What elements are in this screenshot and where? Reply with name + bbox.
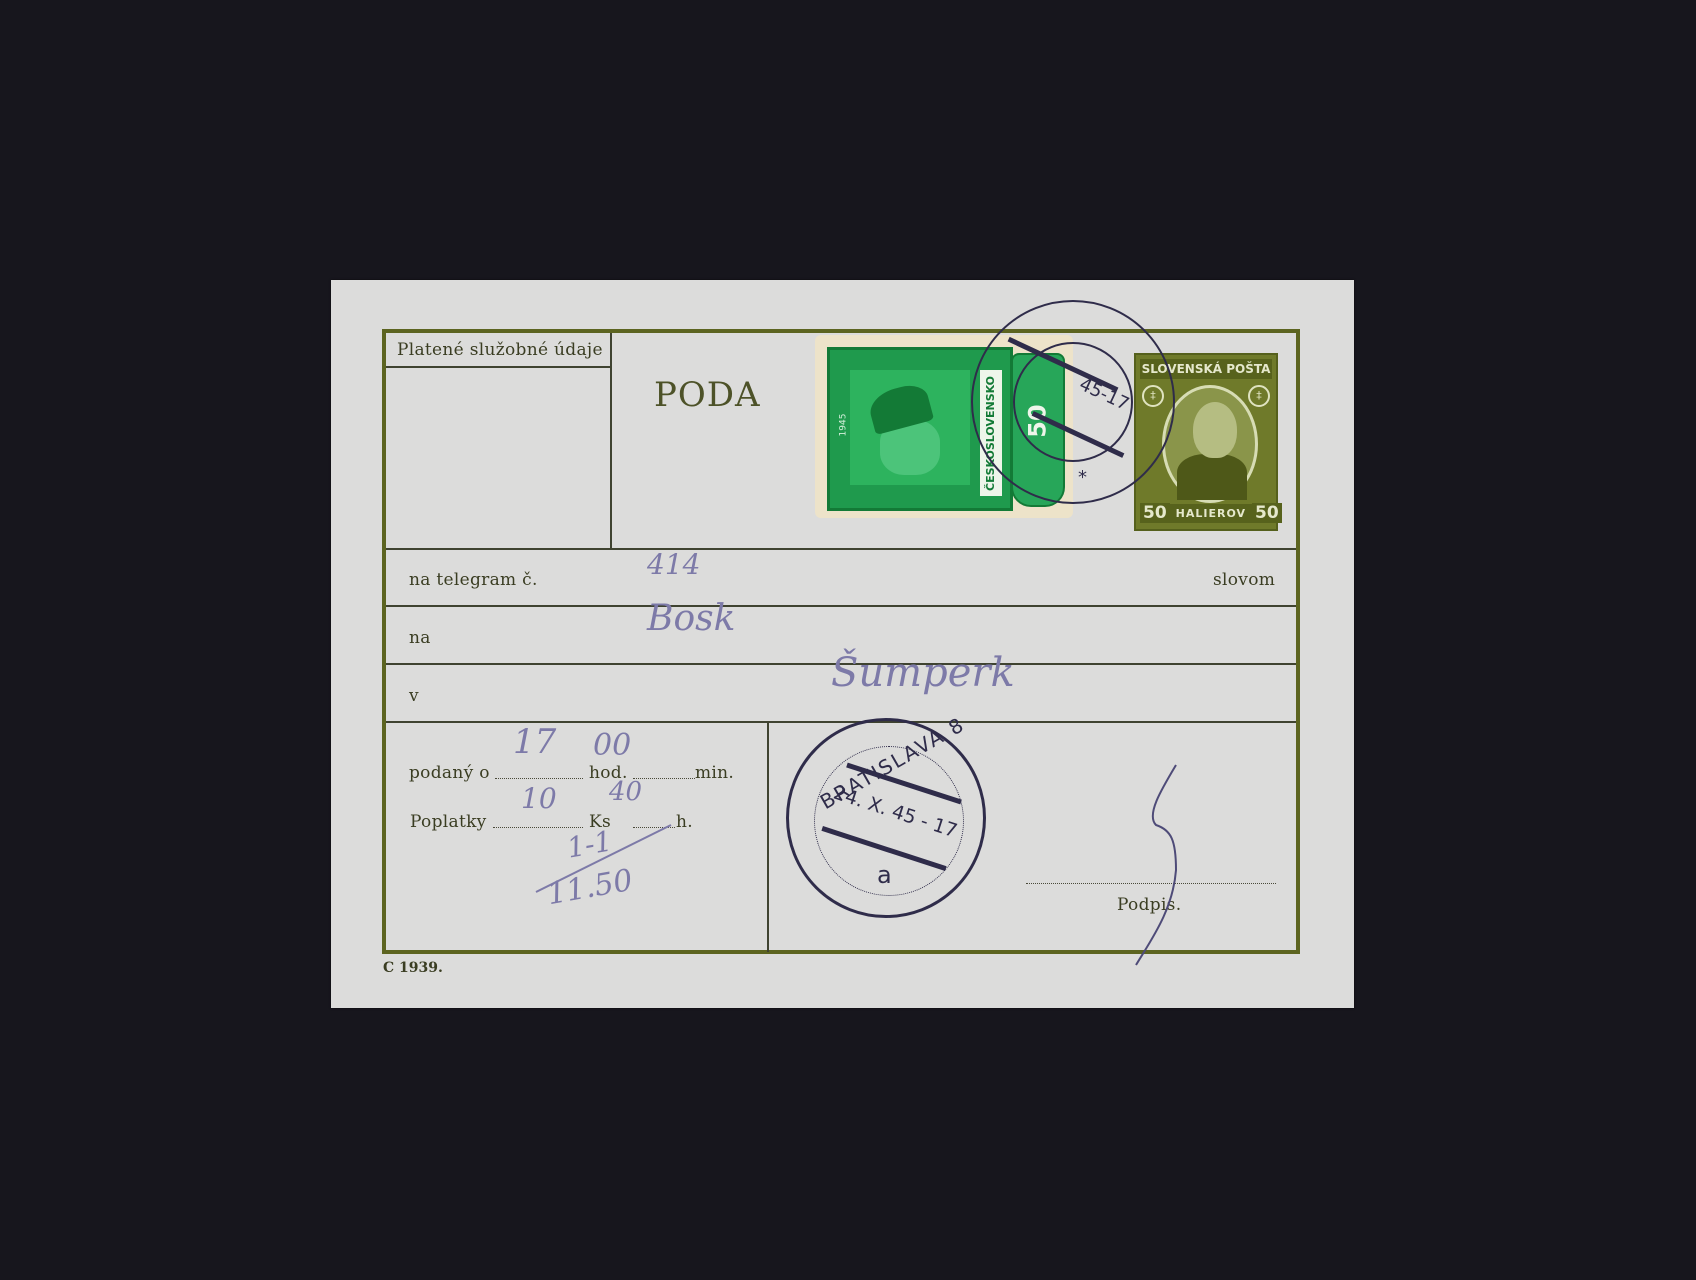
row-line [386, 548, 1296, 550]
indicium-value-band: 50 HALIEROV 50 [1140, 501, 1272, 525]
portrait-oval [1162, 385, 1258, 503]
portrait-body [1177, 454, 1247, 500]
stamp-year: 1945 [838, 414, 848, 437]
stamp-portrait [850, 370, 970, 485]
handwritten-hour: 17 [513, 722, 556, 762]
signature-scribble [1131, 760, 1211, 970]
bottom-divider [767, 721, 769, 952]
hour-field [495, 778, 583, 779]
handwritten-telegram-number: 414 [647, 548, 700, 581]
telegram-number-label: na telegram č. [409, 570, 538, 590]
double-cross-icon: ‡ [1248, 385, 1270, 407]
postmark-bottom: BRATISLAVA 8 24. X. 45 - 17 a [786, 718, 986, 918]
minute-label: min. [695, 763, 734, 783]
form-code: C 1939. [383, 960, 443, 976]
recipient-label: na [409, 628, 431, 648]
paid-service-label: Platené služobné údaje [397, 340, 603, 360]
submitted-at-label: podaný o [409, 763, 490, 783]
indicium-value-left: 50 [1140, 503, 1170, 523]
handwritten-recipient: Bosk [647, 598, 735, 639]
telegram-receipt-card: Platené služobné údaje PODA na telegram … [331, 280, 1354, 1008]
handwritten-fee-h: 40 [609, 777, 642, 807]
handwritten-fee-ks: 10 [521, 782, 557, 815]
row-line [386, 605, 1296, 607]
place-label: v [409, 686, 419, 706]
postmark-top: 45-17 * [971, 300, 1175, 504]
header-box-underline [386, 366, 611, 368]
portrait-head [1193, 402, 1237, 458]
words-label: slovom [1213, 570, 1275, 590]
indicium-unit: HALIEROV [1170, 504, 1252, 523]
postmark-letter: a [877, 861, 892, 889]
handwritten-minute: 00 [593, 728, 631, 763]
form-title: PODA [654, 375, 761, 415]
indicium-value-right: 50 [1252, 503, 1282, 523]
postmark-star: * [1078, 467, 1087, 488]
handwritten-place: Šumperk [831, 650, 1015, 696]
pencil-strike-line [531, 820, 681, 900]
fees-label: Poplatky [410, 812, 487, 832]
left-box-divider [610, 333, 612, 548]
minute-field [633, 778, 695, 779]
